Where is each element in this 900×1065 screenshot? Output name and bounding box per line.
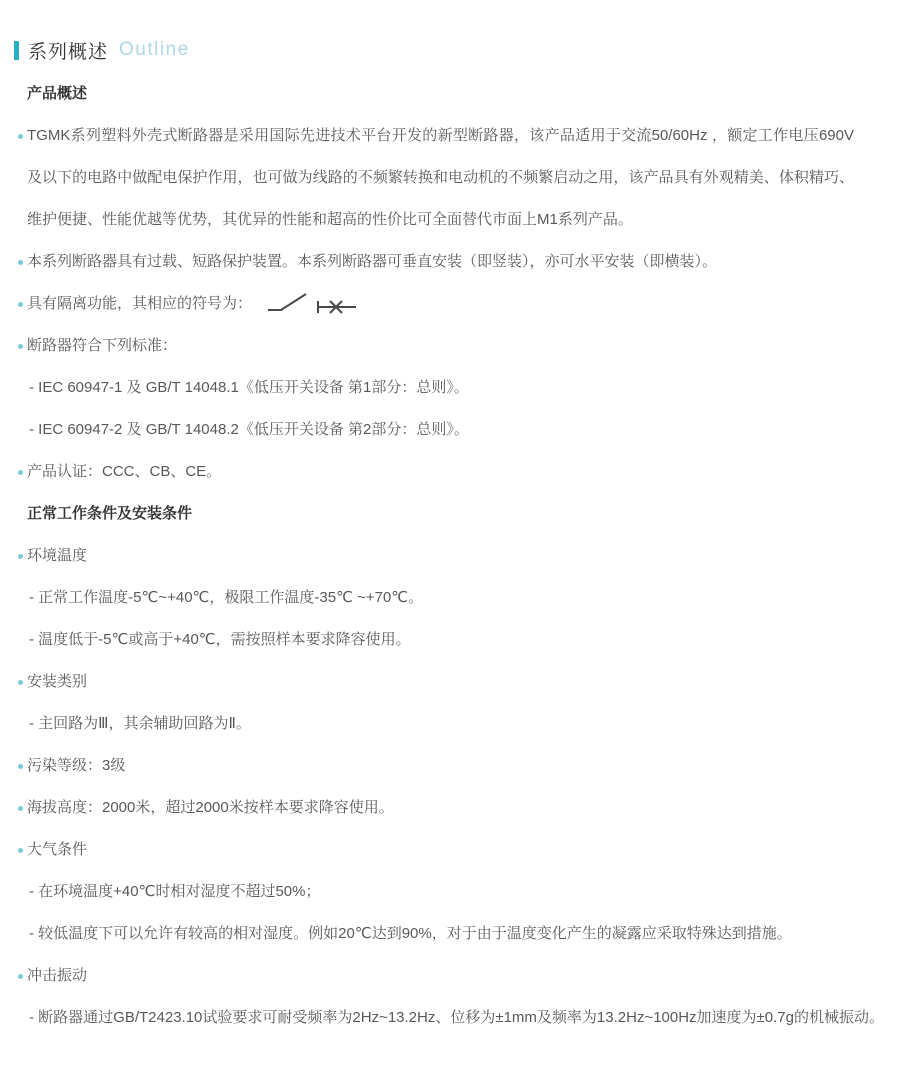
page-title: 系列概述	[28, 37, 108, 64]
bullet-dot-icon	[18, 134, 23, 139]
bullet-item: 污染等级：3级	[27, 745, 854, 787]
dash-item: - IEC 60947-1 及 GB/T 14048.1《低压开关设备 第1部分…	[27, 367, 854, 409]
dash-item-text: - 断路器通过GB/T2423.10试验要求可耐受频率为2Hz~13.2Hz、位…	[29, 1009, 884, 1026]
dash-item-text: - 在环境温度+40℃时相对湿度不超过50%；	[29, 883, 320, 900]
bullet-dot-icon	[18, 848, 23, 853]
bullet-item-text: 环境温度	[27, 547, 87, 564]
dash-item-text: - IEC 60947-1 及 GB/T 14048.1《低压开关设备 第1部分…	[29, 379, 469, 396]
bullet-item-text: 具有隔离功能，其相应的符号为：	[27, 283, 252, 325]
bullet-dot-icon	[18, 470, 23, 475]
bullet-item-text: 安装类别	[27, 673, 87, 690]
section-heading: 产品概述	[27, 73, 854, 115]
bullet-dot-icon	[18, 260, 23, 265]
bullet-dot-icon	[18, 974, 23, 979]
bullet-item: 断路器符合下列标准：	[27, 325, 854, 367]
isolation-function-symbol-icon	[266, 291, 358, 317]
dash-item: - 正常工作温度-5℃~+40℃，极限工作温度-35℃ ~+70℃。	[27, 577, 854, 619]
bullet-dot-icon	[18, 680, 23, 685]
page-title-english: Outline	[119, 39, 190, 61]
dash-item-text: - 较低温度下可以允许有较高的相对湿度。例如20℃达到90%，对于由于温度变化产…	[29, 925, 792, 942]
dash-item: - 温度低于-5℃或高于+40℃，需按照样本要求降容使用。	[27, 619, 854, 661]
bullet-item-text: 冲击振动	[27, 967, 87, 984]
bullet-item: 产品认证：CCC、CB、CE。	[27, 451, 854, 493]
bullet-item-text: 断路器符合下列标准：	[27, 337, 177, 354]
bullet-item-text: 污染等级：3级	[27, 757, 125, 774]
bullet-item: 大气条件	[27, 829, 854, 871]
bullet-item: TGMK系列塑料外壳式断路器是采用国际先进技术平台开发的新型断路器，该产品适用于…	[27, 115, 854, 241]
bullet-item: 冲击振动	[27, 955, 854, 997]
dash-item: - 断路器通过GB/T2423.10试验要求可耐受频率为2Hz~13.2Hz、位…	[27, 997, 854, 1039]
content-area: 产品概述 TGMK系列塑料外壳式断路器是采用国际先进技术平台开发的新型断路器，该…	[0, 62, 900, 1039]
bullet-dot-icon	[18, 344, 23, 349]
dash-item-text: - 主回路为Ⅲ，其余辅助回路为Ⅱ。	[29, 715, 251, 732]
dash-item: - 在环境温度+40℃时相对湿度不超过50%；	[27, 871, 854, 913]
dash-item: - IEC 60947-2 及 GB/T 14048.2《低压开关设备 第2部分…	[27, 409, 854, 451]
section-header: 系列概述 Outline	[14, 38, 900, 62]
dash-item: - 较低温度下可以允许有较高的相对湿度。例如20℃达到90%，对于由于温度变化产…	[27, 913, 854, 955]
bullet-dot-icon	[18, 764, 23, 769]
bullet-item: 本系列断路器具有过载、短路保护装置。本系列断路器可垂直安装（即竖装），亦可水平安…	[27, 241, 854, 283]
dash-item-text: - 温度低于-5℃或高于+40℃，需按照样本要求降容使用。	[29, 631, 411, 648]
accent-bar-icon	[14, 41, 19, 60]
dash-item-text: - 正常工作温度-5℃~+40℃，极限工作温度-35℃ ~+70℃。	[29, 589, 423, 606]
bullet-dot-icon	[18, 302, 23, 307]
dash-item: - 主回路为Ⅲ，其余辅助回路为Ⅱ。	[27, 703, 854, 745]
bullet-item: 海拔高度：2000米，超过2000米按样本要求降容使用。	[27, 787, 854, 829]
bullet-item: 安装类别	[27, 661, 854, 703]
bullet-dot-icon	[18, 554, 23, 559]
dash-item-text: - IEC 60947-2 及 GB/T 14048.2《低压开关设备 第2部分…	[29, 421, 469, 438]
bullet-item: 环境温度	[27, 535, 854, 577]
section-heading: 正常工作条件及安装条件	[27, 493, 854, 535]
bullet-dot-icon	[18, 806, 23, 811]
bullet-item-text: 海拔高度：2000米，超过2000米按样本要求降容使用。	[27, 799, 394, 816]
bullet-item-text: 产品认证：CCC、CB、CE。	[27, 463, 221, 480]
catalog-page: 系列概述 Outline 产品概述 TGMK系列塑料外壳式断路器是采用国际先进技…	[0, 38, 900, 1039]
bullet-item-text: 大气条件	[27, 841, 87, 858]
bullet-item: 具有隔离功能，其相应的符号为：	[27, 283, 854, 325]
bullet-item-text: 本系列断路器具有过载、短路保护装置。本系列断路器可垂直安装（即竖装），亦可水平安…	[27, 253, 717, 270]
bullet-item-text: TGMK系列塑料外壳式断路器是采用国际先进技术平台开发的新型断路器，该产品适用于…	[27, 127, 854, 228]
